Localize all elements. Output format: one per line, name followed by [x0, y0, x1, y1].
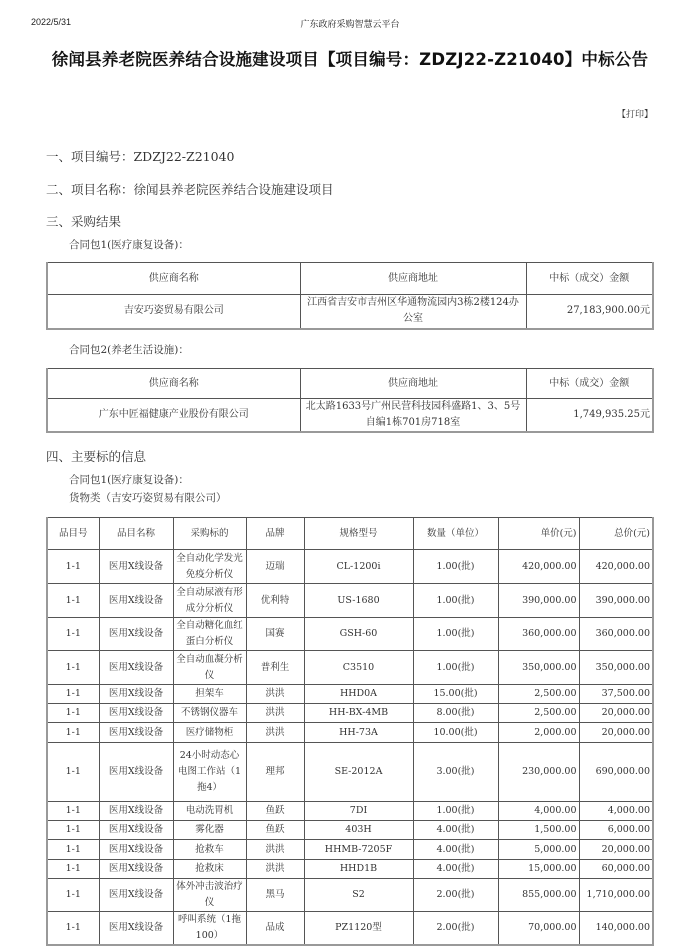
item-number: 1-1	[47, 723, 99, 743]
item-number: 1-1	[47, 618, 99, 651]
item-name: 医用X线设备	[99, 912, 173, 946]
brand: 洪洪	[246, 723, 304, 743]
unit-price: 390,000.00	[498, 584, 579, 618]
print-site-name: 广东政府采购智慧云平台	[0, 17, 700, 30]
package2-supplier-table: 供应商名称 供应商地址 中标（成交）金额 广东中匠福健康产业股份有限公司 北太路…	[46, 368, 654, 433]
items-body: 1-1 医用X线设备 全自动化学发光免疫分析仪 迈瑞 CL-1200i 1.00…	[47, 550, 653, 946]
item-name: 医用X线设备	[99, 550, 173, 584]
unit-price: 4,000.00	[498, 802, 579, 821]
brand: 品成	[246, 912, 304, 946]
item-number: 1-1	[47, 704, 99, 723]
item-number: 1-1	[47, 550, 99, 584]
table-row: 吉安巧姿贸易有限公司 江西省吉安市吉州区华通物流园内3栋2楼124办公室 27,…	[47, 295, 653, 329]
item-name: 医用X线设备	[99, 802, 173, 821]
project-number: 一、项目编号：ZDZJ22-Z21040	[46, 147, 234, 165]
item-name: 医用X线设备	[99, 618, 173, 651]
column-header: 供应商名称	[47, 263, 300, 295]
items-table: 品目号 品目名称 采购标的 品牌 规格型号 数量（单位） 单价(元) 总价(元)…	[46, 517, 654, 946]
quantity: 8.00(批)	[413, 704, 498, 723]
package2-label: 合同包2(养老生活设施)：	[69, 342, 189, 357]
brand: 鱼跃	[246, 802, 304, 821]
quantity: 1.00(批)	[413, 618, 498, 651]
column-header: 品目号	[47, 518, 99, 550]
table-row: 1-1 医用X线设备 呼叫系统（1拖100） 品成 PZ1120型 2.00(批…	[47, 912, 653, 946]
column-header: 品牌	[246, 518, 304, 550]
model: 7DI	[304, 802, 413, 821]
procurement-target: 呼叫系统（1拖100）	[173, 912, 246, 946]
total-price: 37,500.00	[579, 685, 653, 704]
item-name: 医用X线设备	[99, 651, 173, 685]
item-number: 1-1	[47, 879, 99, 912]
model: 403H	[304, 821, 413, 840]
unit-price: 2,500.00	[498, 685, 579, 704]
procurement-target: 全自动化学发光免疫分析仪	[173, 550, 246, 584]
total-price: 140,000.00	[579, 912, 653, 946]
procurement-target: 抢救车	[173, 840, 246, 860]
project-name: 二、项目名称：徐闻县养老院医养结合设施建设项目	[46, 180, 334, 198]
table-row: 1-1 医用X线设备 全自动化学发光免疫分析仪 迈瑞 CL-1200i 1.00…	[47, 550, 653, 584]
brand: 洪洪	[246, 704, 304, 723]
model: HHD0A	[304, 685, 413, 704]
unit-price: 5,000.00	[498, 840, 579, 860]
table-row: 1-1 医用X线设备 抢救床 洪洪 HHD1B 4.00(批) 15,000.0…	[47, 860, 653, 879]
item-name: 医用X线设备	[99, 723, 173, 743]
supplier-address: 江西省吉安市吉州区华通物流园内3栋2楼124办公室	[300, 295, 526, 329]
brand: 洪洪	[246, 860, 304, 879]
print-link[interactable]: 【打印】	[617, 107, 653, 120]
item-number: 1-1	[47, 743, 99, 802]
award-amount: 27,183,900.00元	[526, 295, 653, 329]
column-header: 供应商名称	[47, 369, 300, 399]
procurement-target: 全自动尿液有形成分分析仪	[173, 584, 246, 618]
item-number: 1-1	[47, 840, 99, 860]
total-price: 390,000.00	[579, 584, 653, 618]
procurement-target: 电动洗胃机	[173, 802, 246, 821]
total-price: 60,000.00	[579, 860, 653, 879]
quantity: 4.00(批)	[413, 860, 498, 879]
table-row: 广东中匠福健康产业股份有限公司 北太路1633号广州民营科技园科盛路1、3、5号…	[47, 399, 653, 433]
unit-price: 855,000.00	[498, 879, 579, 912]
unit-price: 360,000.00	[498, 618, 579, 651]
item-number: 1-1	[47, 821, 99, 840]
unit-price: 2,500.00	[498, 704, 579, 723]
table-row: 1-1 医用X线设备 体外冲击波治疗仪 黑马 S2 2.00(批) 855,00…	[47, 879, 653, 912]
main-info-category-label: 货物类（吉安巧姿贸易有限公司）	[69, 490, 227, 505]
procurement-target: 医疗储物柜	[173, 723, 246, 743]
total-price: 1,710,000.00	[579, 879, 653, 912]
quantity: 1.00(批)	[413, 584, 498, 618]
model: HHD1B	[304, 860, 413, 879]
item-name: 医用X线设备	[99, 584, 173, 618]
brand: 优利特	[246, 584, 304, 618]
column-header: 中标（成交）金额	[526, 263, 653, 295]
supplier-name: 广东中匠福健康产业股份有限公司	[47, 399, 300, 433]
supplier-name: 吉安巧姿贸易有限公司	[47, 295, 300, 329]
total-price: 360,000.00	[579, 618, 653, 651]
total-price: 420,000.00	[579, 550, 653, 584]
column-header: 供应商地址	[300, 263, 526, 295]
unit-price: 15,000.00	[498, 860, 579, 879]
model: HHMB-7205F	[304, 840, 413, 860]
column-header: 单价(元)	[498, 518, 579, 550]
model: C3510	[304, 651, 413, 685]
quantity: 1.00(批)	[413, 802, 498, 821]
unit-price: 70,000.00	[498, 912, 579, 946]
award-amount: 1,749,935.25元	[526, 399, 653, 433]
table-row: 1-1 医用X线设备 医疗储物柜 洪洪 HH-73A 10.00(批) 2,00…	[47, 723, 653, 743]
model: GSH-60	[304, 618, 413, 651]
total-price: 4,000.00	[579, 802, 653, 821]
table-row: 1-1 医用X线设备 全自动糖化血红蛋白分析仪 国赛 GSH-60 1.00(批…	[47, 618, 653, 651]
quantity: 4.00(批)	[413, 821, 498, 840]
quantity: 3.00(批)	[413, 743, 498, 802]
brand: 普利生	[246, 651, 304, 685]
quantity: 2.00(批)	[413, 912, 498, 946]
column-header: 供应商地址	[300, 369, 526, 399]
unit-price: 230,000.00	[498, 743, 579, 802]
table-row: 1-1 医用X线设备 全自动血凝分析仪 普利生 C3510 1.00(批) 35…	[47, 651, 653, 685]
item-name: 医用X线设备	[99, 743, 173, 802]
item-number: 1-1	[47, 651, 99, 685]
main-info-heading: 四、主要标的信息	[46, 447, 146, 465]
brand: 鱼跃	[246, 821, 304, 840]
item-name: 医用X线设备	[99, 860, 173, 879]
procurement-target: 担架车	[173, 685, 246, 704]
page-title: 徐闻县养老院医养结合设施建设项目【项目编号：ZDZJ22-Z21040】中标公告	[40, 47, 660, 73]
total-price: 20,000.00	[579, 840, 653, 860]
procurement-target: 体外冲击波治疗仪	[173, 879, 246, 912]
model: HH-BX-4MB	[304, 704, 413, 723]
item-number: 1-1	[47, 584, 99, 618]
table-row: 1-1 医用X线设备 不锈钢仪器车 洪洪 HH-BX-4MB 8.00(批) 2…	[47, 704, 653, 723]
column-header: 采购标的	[173, 518, 246, 550]
model: HH-73A	[304, 723, 413, 743]
model: SE-2012A	[304, 743, 413, 802]
brand: 迈瑞	[246, 550, 304, 584]
main-info-package-label: 合同包1(医疗康复设备)：	[69, 472, 189, 487]
quantity: 10.00(批)	[413, 723, 498, 743]
item-number: 1-1	[47, 802, 99, 821]
package1-label: 合同包1(医疗康复设备)：	[69, 237, 189, 252]
column-header: 总价(元)	[579, 518, 653, 550]
model: US-1680	[304, 584, 413, 618]
procurement-target: 全自动血凝分析仪	[173, 651, 246, 685]
table-header-row: 品目号 品目名称 采购标的 品牌 规格型号 数量（单位） 单价(元) 总价(元)	[47, 518, 653, 550]
item-number: 1-1	[47, 912, 99, 946]
print-header: 2022/5/31 广东政府采购智慧云平台	[0, 14, 700, 30]
table-row: 1-1 医用X线设备 担架车 洪洪 HHD0A 15.00(批) 2,500.0…	[47, 685, 653, 704]
quantity: 2.00(批)	[413, 879, 498, 912]
table-row: 1-1 医用X线设备 全自动尿液有形成分分析仪 优利特 US-1680 1.00…	[47, 584, 653, 618]
unit-price: 1,500.00	[498, 821, 579, 840]
brand: 洪洪	[246, 685, 304, 704]
procurement-target: 24小时动态心电图工作站（1拖4）	[173, 743, 246, 802]
table-row: 1-1 医用X线设备 24小时动态心电图工作站（1拖4） 理邦 SE-2012A…	[47, 743, 653, 802]
procurement-target: 抢救床	[173, 860, 246, 879]
model: CL-1200i	[304, 550, 413, 584]
table-row: 1-1 医用X线设备 抢救车 洪洪 HHMB-7205F 4.00(批) 5,0…	[47, 840, 653, 860]
quantity: 15.00(批)	[413, 685, 498, 704]
column-header: 数量（单位）	[413, 518, 498, 550]
table-header-row: 供应商名称 供应商地址 中标（成交）金额	[47, 369, 653, 399]
total-price: 350,000.00	[579, 651, 653, 685]
brand: 理邦	[246, 743, 304, 802]
item-name: 医用X线设备	[99, 821, 173, 840]
item-name: 医用X线设备	[99, 840, 173, 860]
brand: 洪洪	[246, 840, 304, 860]
total-price: 20,000.00	[579, 723, 653, 743]
item-number: 1-1	[47, 685, 99, 704]
quantity: 1.00(批)	[413, 550, 498, 584]
unit-price: 2,000.00	[498, 723, 579, 743]
item-name: 医用X线设备	[99, 879, 173, 912]
column-header: 规格型号	[304, 518, 413, 550]
procurement-target: 雾化器	[173, 821, 246, 840]
supplier-address: 北太路1633号广州民营科技园科盛路1、3、5号自编1栋701房718室	[300, 399, 526, 433]
total-price: 20,000.00	[579, 704, 653, 723]
table-row: 1-1 医用X线设备 雾化器 鱼跃 403H 4.00(批) 1,500.00 …	[47, 821, 653, 840]
table-row: 1-1 医用X线设备 电动洗胃机 鱼跃 7DI 1.00(批) 4,000.00…	[47, 802, 653, 821]
quantity: 4.00(批)	[413, 840, 498, 860]
quantity: 1.00(批)	[413, 651, 498, 685]
item-name: 医用X线设备	[99, 685, 173, 704]
column-header: 中标（成交）金额	[526, 369, 653, 399]
unit-price: 420,000.00	[498, 550, 579, 584]
item-name: 医用X线设备	[99, 704, 173, 723]
model: S2	[304, 879, 413, 912]
results-heading: 三、采购结果	[46, 212, 121, 230]
column-header: 品目名称	[99, 518, 173, 550]
procurement-target: 全自动糖化血红蛋白分析仪	[173, 618, 246, 651]
table-header-row: 供应商名称 供应商地址 中标（成交）金额	[47, 263, 653, 295]
item-number: 1-1	[47, 860, 99, 879]
total-price: 6,000.00	[579, 821, 653, 840]
total-price: 690,000.00	[579, 743, 653, 802]
brand: 国赛	[246, 618, 304, 651]
unit-price: 350,000.00	[498, 651, 579, 685]
procurement-target: 不锈钢仪器车	[173, 704, 246, 723]
model: PZ1120型	[304, 912, 413, 946]
package1-supplier-table: 供应商名称 供应商地址 中标（成交）金额 吉安巧姿贸易有限公司 江西省吉安市吉州…	[46, 262, 654, 330]
brand: 黑马	[246, 879, 304, 912]
